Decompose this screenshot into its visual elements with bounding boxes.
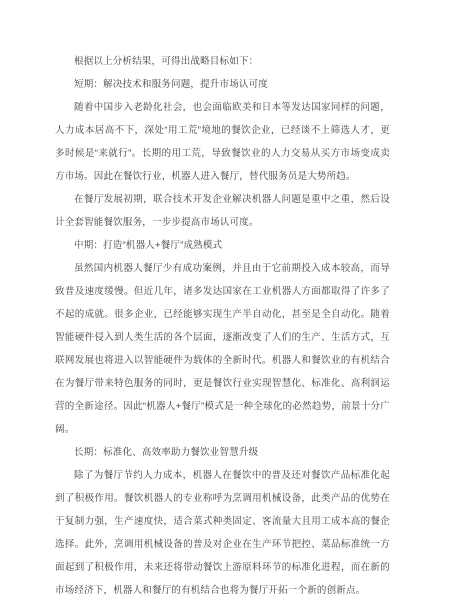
long-term-heading: 长期：标准化、高效率助力餐饮业智慧升级 xyxy=(55,441,390,464)
document-text-block: 根据以上分析结果，可得出战略目标如下： 短期：解决技术和服务问题，提升市场认可度… xyxy=(55,50,390,600)
long-term-paragraph: 除了为餐厅节约人力成本，机器人在餐饮中的普及还对餐饮产品标准化起到了积极作用。餐… xyxy=(55,464,390,600)
short-term-paragraph-2: 在餐厅发展初期，联合技术开发企业解决机器人问题是重中之重，然后设计全套智能餐饮服… xyxy=(55,188,390,234)
document-page: 根据以上分析结果，可得出战略目标如下： 短期：解决技术和服务问题，提升市场认可度… xyxy=(0,0,455,600)
mid-term-heading: 中期：打造“机器人+餐厅”成熟模式 xyxy=(55,234,390,257)
mid-term-paragraph: 虽然国内机器人餐厅少有成功案例，并且由于它前期投入成本较高，而导致普及速度缓慢。… xyxy=(55,257,390,441)
lead-paragraph: 根据以上分析结果，可得出战略目标如下： xyxy=(55,50,390,73)
short-term-paragraph-1: 随着中国步入老龄化社会，也会面临欧美和日本等发达国家同样的问题，人力成本居高不下… xyxy=(55,96,390,188)
short-term-heading: 短期：解决技术和服务问题，提升市场认可度 xyxy=(55,73,390,96)
